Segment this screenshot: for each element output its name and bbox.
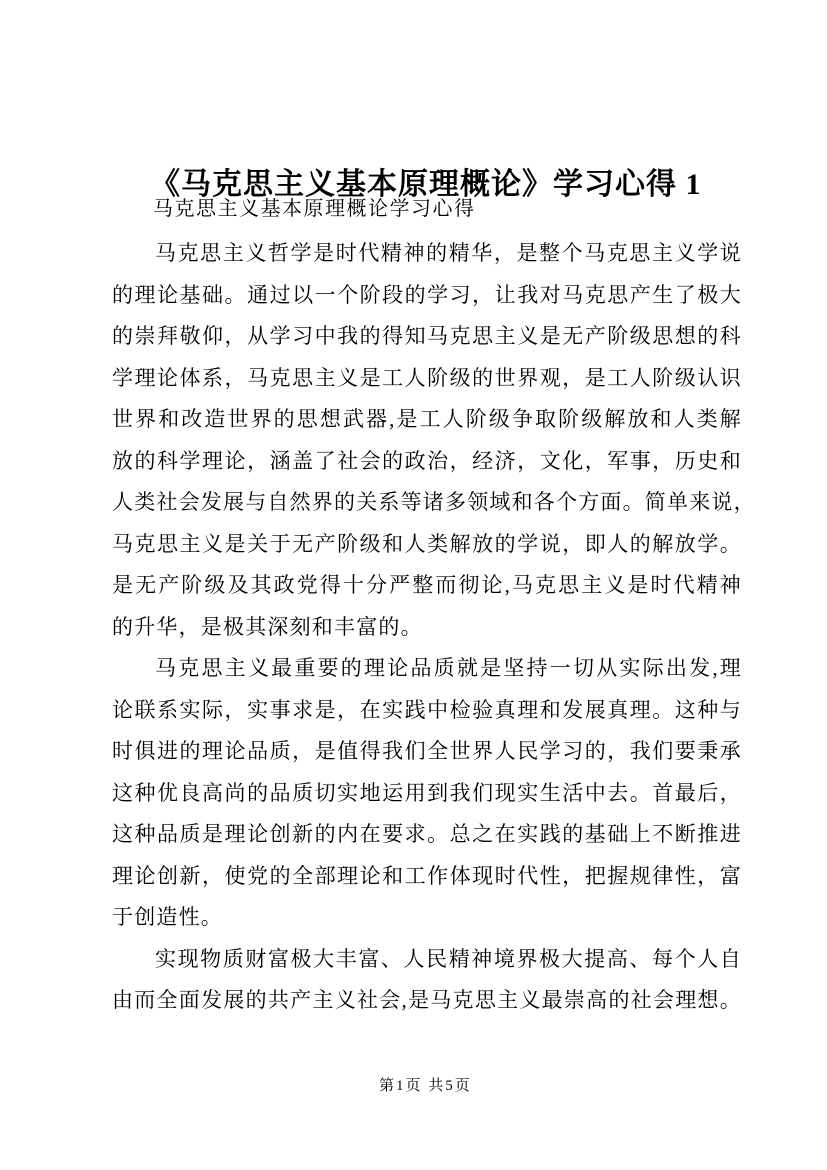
text-line: 这种优良高尚的品质切实地运用到我们现实生活中去。首最后， xyxy=(112,773,742,815)
text-line: 的理论基础。通过以一个阶段的学习，让我对马克思产生了极大 xyxy=(112,275,742,317)
text-line: 马克思主义最重要的理论品质就是坚持一切从实际出发,理 xyxy=(112,648,742,690)
text-line: 实现物质财富极大丰富、人民精神境界极大提高、每个人自 xyxy=(112,939,742,981)
text-line: 理论创新，使党的全部理论和工作体现时代性，把握规律性，富 xyxy=(112,856,742,898)
text-line: 由而全面发展的共产主义社会,是马克思主义最崇高的社会理想。 xyxy=(112,980,742,1022)
text-line: 世界和改造世界的思想武器,是工人阶级争取阶级解放和人类解 xyxy=(112,399,742,441)
text-line: 这种品质是理论创新的内在要求。总之在实践的基础上不断推进 xyxy=(112,814,742,856)
text-line: 放的科学理论，涵盖了社会的政治，经济，文化，军事，历史和 xyxy=(112,441,742,483)
text-line: 于创造性。 xyxy=(112,897,742,939)
text-line: 的崇拜敬仰，从学习中我的得知马克思主义是无产阶级思想的科 xyxy=(112,316,742,358)
document-subtitle: 马克思主义基本原理概论学习心得 xyxy=(153,194,476,224)
paragraph: 马克思主义最重要的理论品质就是坚持一切从实际出发,理论联系实际，实事求是，在实践… xyxy=(112,648,742,939)
text-line: 人类社会发展与自然界的关系等诸多领域和各个方面。简单来说， xyxy=(112,482,742,524)
text-line: 论联系实际，实事求是，在实践中检验真理和发展真理。这种与 xyxy=(112,690,742,732)
document-page: 《马克思主义基本原理概论》学习心得 1 马克思主义基本原理概论学习心得 马克思主… xyxy=(0,0,827,1170)
text-line: 是无产阶级及其政党得十分严整而彻论,马克思主义是时代精神 xyxy=(112,565,742,607)
text-line: 的升华，是极其深刻和丰富的。 xyxy=(112,607,742,649)
text-line: 马克思主义哲学是时代精神的精华，是整个马克思主义学说 xyxy=(112,233,742,275)
paragraph: 实现物质财富极大丰富、人民精神境界极大提高、每个人自由而全面发展的共产主义社会,… xyxy=(112,939,742,1022)
text-line: 马克思主义是关于无产阶级和人类解放的学说，即人的解放学。 xyxy=(112,524,742,566)
page-number-footer: 第1页 共5页 xyxy=(379,1074,472,1098)
document-body: 马克思主义哲学是时代精神的精华，是整个马克思主义学说的理论基础。通过以一个阶段的… xyxy=(112,233,742,1022)
paragraph: 马克思主义哲学是时代精神的精华，是整个马克思主义学说的理论基础。通过以一个阶段的… xyxy=(112,233,742,648)
text-line: 时俱进的理论品质，是值得我们全世界人民学习的，我们要秉承 xyxy=(112,731,742,773)
text-line: 学理论体系，马克思主义是工人阶级的世界观，是工人阶级认识 xyxy=(112,358,742,400)
